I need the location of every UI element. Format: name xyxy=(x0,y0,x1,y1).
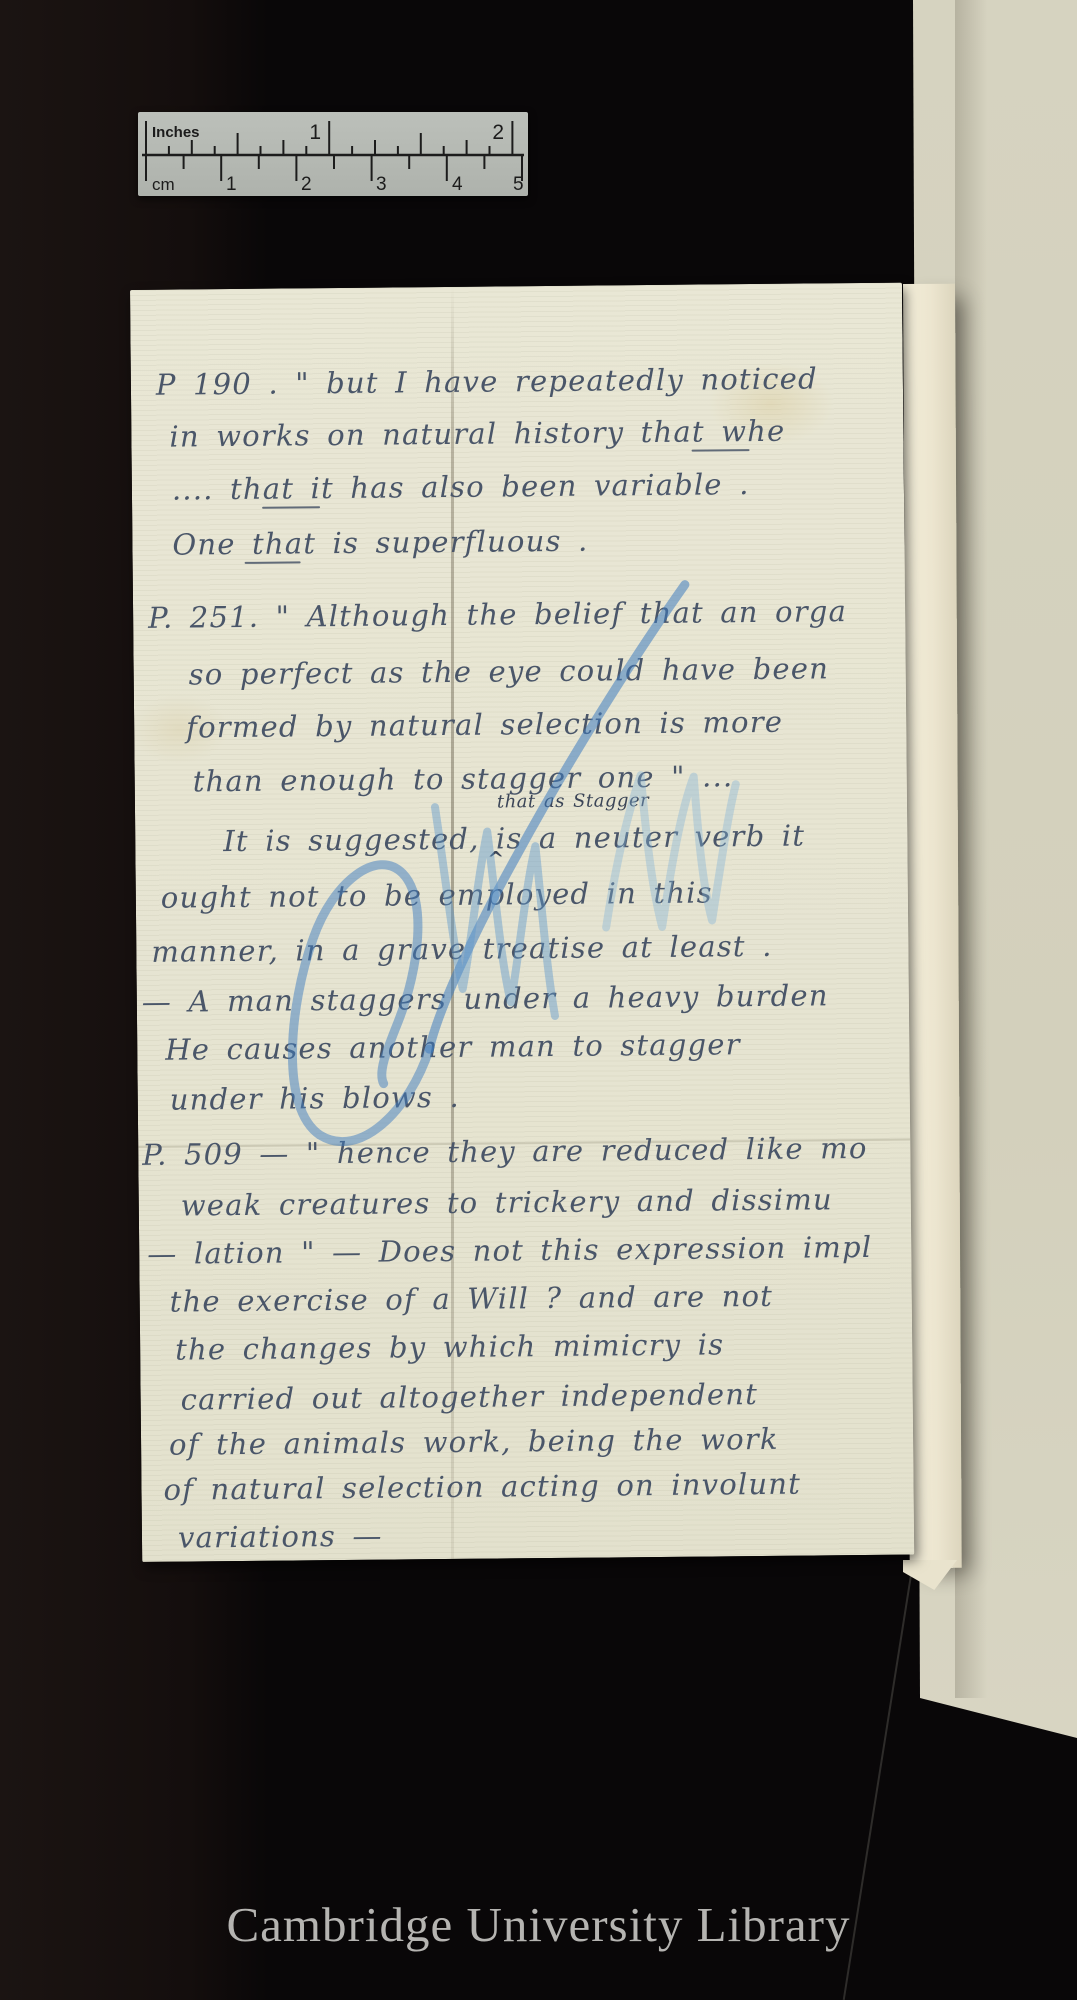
inch-number-2: 2 xyxy=(492,121,504,144)
manuscript-line: under his blows . xyxy=(170,1077,460,1120)
manuscript-line: of the animals work, being the work xyxy=(169,1419,779,1465)
ruler-cm-label: cm xyxy=(152,175,175,194)
manuscript-line: so perfect as the eye could have been xyxy=(189,648,830,694)
manuscript-line: ought not to be employed in this xyxy=(161,872,713,917)
album-page-crease xyxy=(955,0,1001,1698)
insertion-caret: ^ xyxy=(487,846,504,870)
cm-number-1: 1 xyxy=(226,174,237,195)
measuring-ruler: Inches 1 2 cm 1 2 3 4 5 xyxy=(138,112,528,196)
manuscript-line: He causes another man to stagger xyxy=(165,1024,741,1070)
cm-number-5: 5 xyxy=(513,174,524,195)
cm-ticks xyxy=(146,155,522,181)
manuscript-line: P 190 . " but I have repeatedly noticed xyxy=(156,358,818,404)
cm-number-4: 4 xyxy=(452,174,463,195)
manuscript-line: the changes by which mimicry is xyxy=(175,1324,724,1369)
ruler-inches-label: Inches xyxy=(152,124,200,141)
manuscript-line: — A man staggers under a heavy burden xyxy=(142,975,829,1022)
cm-number-3: 3 xyxy=(376,174,387,195)
manuscript-line: weak creatures to trickery and dissimu xyxy=(181,1179,833,1225)
manuscript-line: variations — xyxy=(178,1516,383,1558)
archival-photograph: Inches 1 2 cm 1 2 3 4 5 P 190 . " but I … xyxy=(0,0,1077,2000)
ruler-scale: Inches 1 2 cm 1 2 3 4 5 xyxy=(138,112,528,196)
manuscript-line: of natural selection acting on involunt xyxy=(163,1464,801,1510)
manuscript-line: It is suggested, is a neuter verb it xyxy=(223,816,805,862)
manuscript-line: the exercise of a Will ? and are not xyxy=(170,1276,774,1322)
manuscript-line: than enough to stagger one " ... xyxy=(193,756,734,801)
inch-number-1: 1 xyxy=(309,121,321,144)
manuscript-line: .... that it has also been variable . xyxy=(172,464,750,510)
manuscript-line: — lation " — Does not this expression im… xyxy=(147,1227,872,1274)
manuscript-line: One that is superfluous . xyxy=(172,521,588,565)
manuscript-line: carried out altogether independent xyxy=(180,1374,758,1420)
manuscript-line: manner, in a grave treatise at least . xyxy=(151,926,773,972)
library-watermark: Cambridge University Library xyxy=(0,1896,1077,1953)
underline-mark xyxy=(692,449,750,452)
manuscript-line: P. 251. " Although the belief that an or… xyxy=(148,591,847,638)
cm-number-2: 2 xyxy=(301,174,312,195)
manuscript-line: formed by natural selection is more xyxy=(186,702,783,748)
manuscript-page: P 190 . " but I have repeatedly noticed … xyxy=(130,283,914,1562)
interlinear-insertion: that as Stagger xyxy=(497,790,650,812)
underline-mark xyxy=(262,506,320,509)
manuscript-line: P. 509 — " hence they are reduced like m… xyxy=(142,1128,868,1175)
underline-mark xyxy=(245,561,301,564)
inch-ticks xyxy=(146,121,512,155)
